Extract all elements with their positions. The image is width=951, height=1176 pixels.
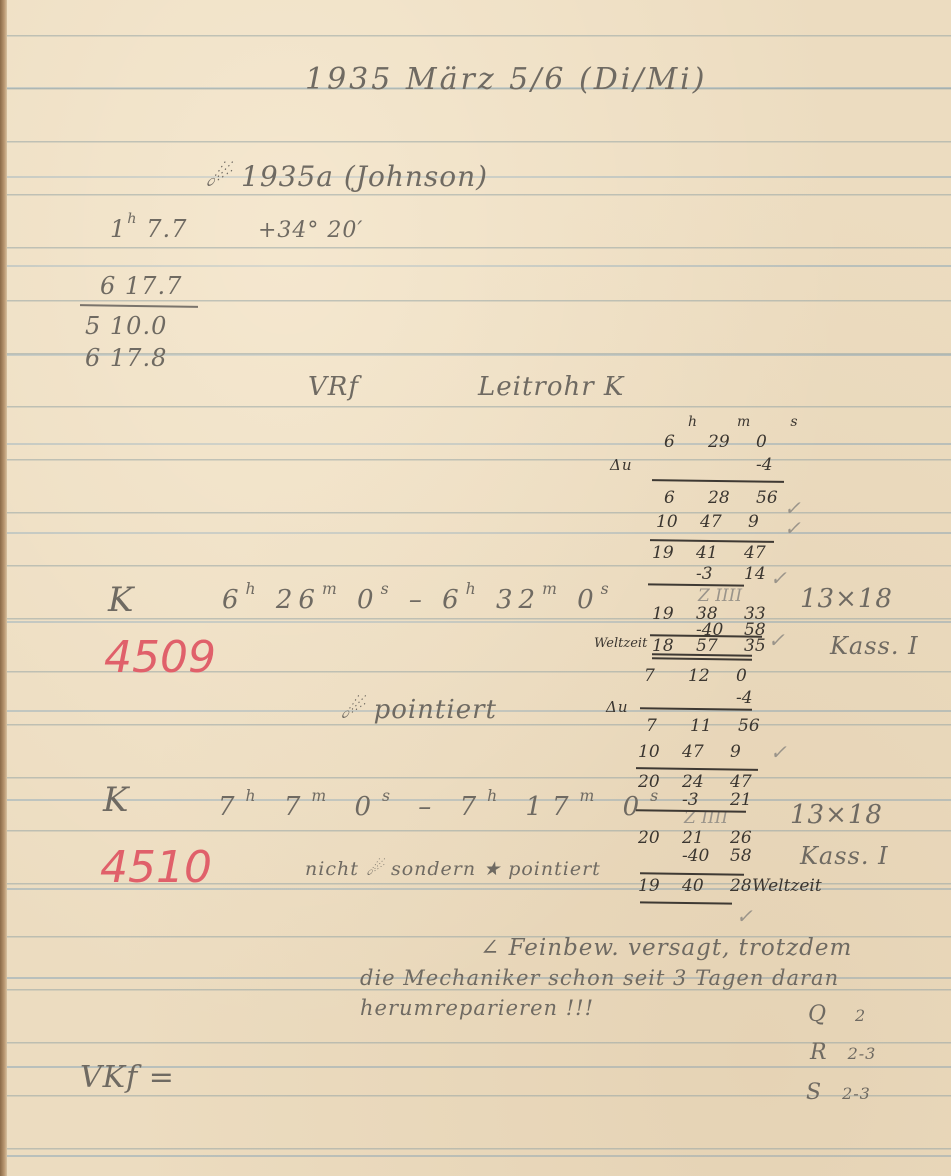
notebook-page: 1935 März 5/6 (Di/Mi) ☄ 1935a (Johnson) …: [0, 0, 951, 1176]
calc-double-line: [652, 653, 752, 656]
page-binding-edge: [0, 0, 7, 1176]
subtraction-result: 5 10.0: [85, 312, 167, 340]
calc-row: -321: [638, 790, 778, 810]
calc-row: 10479: [638, 742, 778, 762]
comet-dec: +34° 20′: [258, 218, 363, 243]
footer-label: VKf =: [80, 1060, 175, 1095]
calc-row: -4: [664, 455, 804, 475]
date-heading: 1935 März 5/6 (Di/Mi): [305, 62, 707, 97]
plate-number-2: 4510: [100, 842, 212, 893]
calc-line: [652, 479, 784, 483]
remark-line-1: ∠ Feinbew. versagt, trotzdem: [480, 935, 852, 961]
check-mark-icon: ✓: [770, 740, 787, 764]
weltzeit-label-1: Weltzeit: [594, 636, 647, 651]
calc-row: 62856: [664, 488, 804, 508]
check-mark-icon: ✓: [768, 628, 785, 652]
plate-size-1: 13×18: [800, 584, 893, 614]
exposure-time-range-2: 7h 7m 0s – 7h 17m 0s: [218, 792, 668, 822]
delta-u-label-1: Δu: [610, 456, 633, 474]
check-mark-icon: ✓: [736, 904, 753, 928]
pointing-note-1: ☄ pointiert: [340, 695, 497, 725]
seeing-symbol-icon: Q: [808, 1002, 827, 1027]
calc-row: 71156: [646, 716, 786, 736]
comet-ra: 1h 7.7: [110, 215, 187, 243]
cassette-1: Kass. I: [830, 632, 919, 660]
calc-row: 6290: [664, 432, 804, 452]
remark-line-3: herumreparieren !!!: [360, 996, 594, 1020]
cassette-2: Kass. I: [800, 842, 889, 870]
calc-row: 194147: [652, 543, 792, 563]
calc-double-line: [652, 657, 752, 660]
calc-line: [636, 767, 758, 771]
ra-minutes: 7.7: [146, 215, 187, 243]
seeing-symbol-icon: S: [806, 1080, 822, 1105]
delta-u-label-2: Δu: [606, 698, 629, 716]
calc-line: [640, 707, 752, 711]
calc-row: -4: [644, 688, 784, 708]
pointing-note-2: nicht ☄ sondern ★ pointiert: [305, 858, 601, 880]
guide-scope-label: Leitrohr K: [478, 372, 624, 402]
calc-row: -4058: [638, 846, 778, 866]
subtraction-extra: 6 17.8: [85, 344, 167, 372]
camera-label-2: K: [103, 780, 129, 820]
plate-size-2: 13×18: [790, 800, 883, 830]
calc-row: 7120: [644, 666, 784, 686]
calc-double-line: [640, 901, 732, 904]
subtraction-line: [80, 304, 198, 308]
seeing-symbol-icon: R: [810, 1040, 828, 1065]
ra-hours-unit: h: [127, 211, 137, 227]
check-mark-icon: ✓: [784, 516, 801, 540]
seeing-row-3: S 2-3: [806, 1080, 871, 1105]
check-mark-icon: ✓: [770, 566, 787, 590]
exposure-time-range-1: 6h 26m 0s – 6h 32m 0s: [222, 585, 615, 615]
instrument-label: VRf: [308, 372, 359, 402]
weltzeit-label-2: Weltzeit: [752, 876, 822, 896]
plate-number-1: 4509: [104, 632, 216, 683]
comet-title: ☄ 1935a (Johnson): [205, 160, 488, 193]
ra-hours: 1: [110, 215, 126, 243]
seeing-row-2: R 2-3: [810, 1040, 876, 1065]
calc-row: 202126: [638, 828, 778, 848]
camera-label-1: K: [108, 580, 134, 620]
calc-units-1: hms: [688, 414, 838, 430]
calc-row: 10479: [656, 512, 796, 532]
seeing-row-1: Q 2: [808, 1002, 866, 1027]
remark-line-2: die Mechaniker schon seit 3 Tagen daran: [360, 966, 839, 990]
calc-row: 202447: [638, 772, 778, 792]
subtrahend: 6 17.7: [100, 272, 182, 300]
